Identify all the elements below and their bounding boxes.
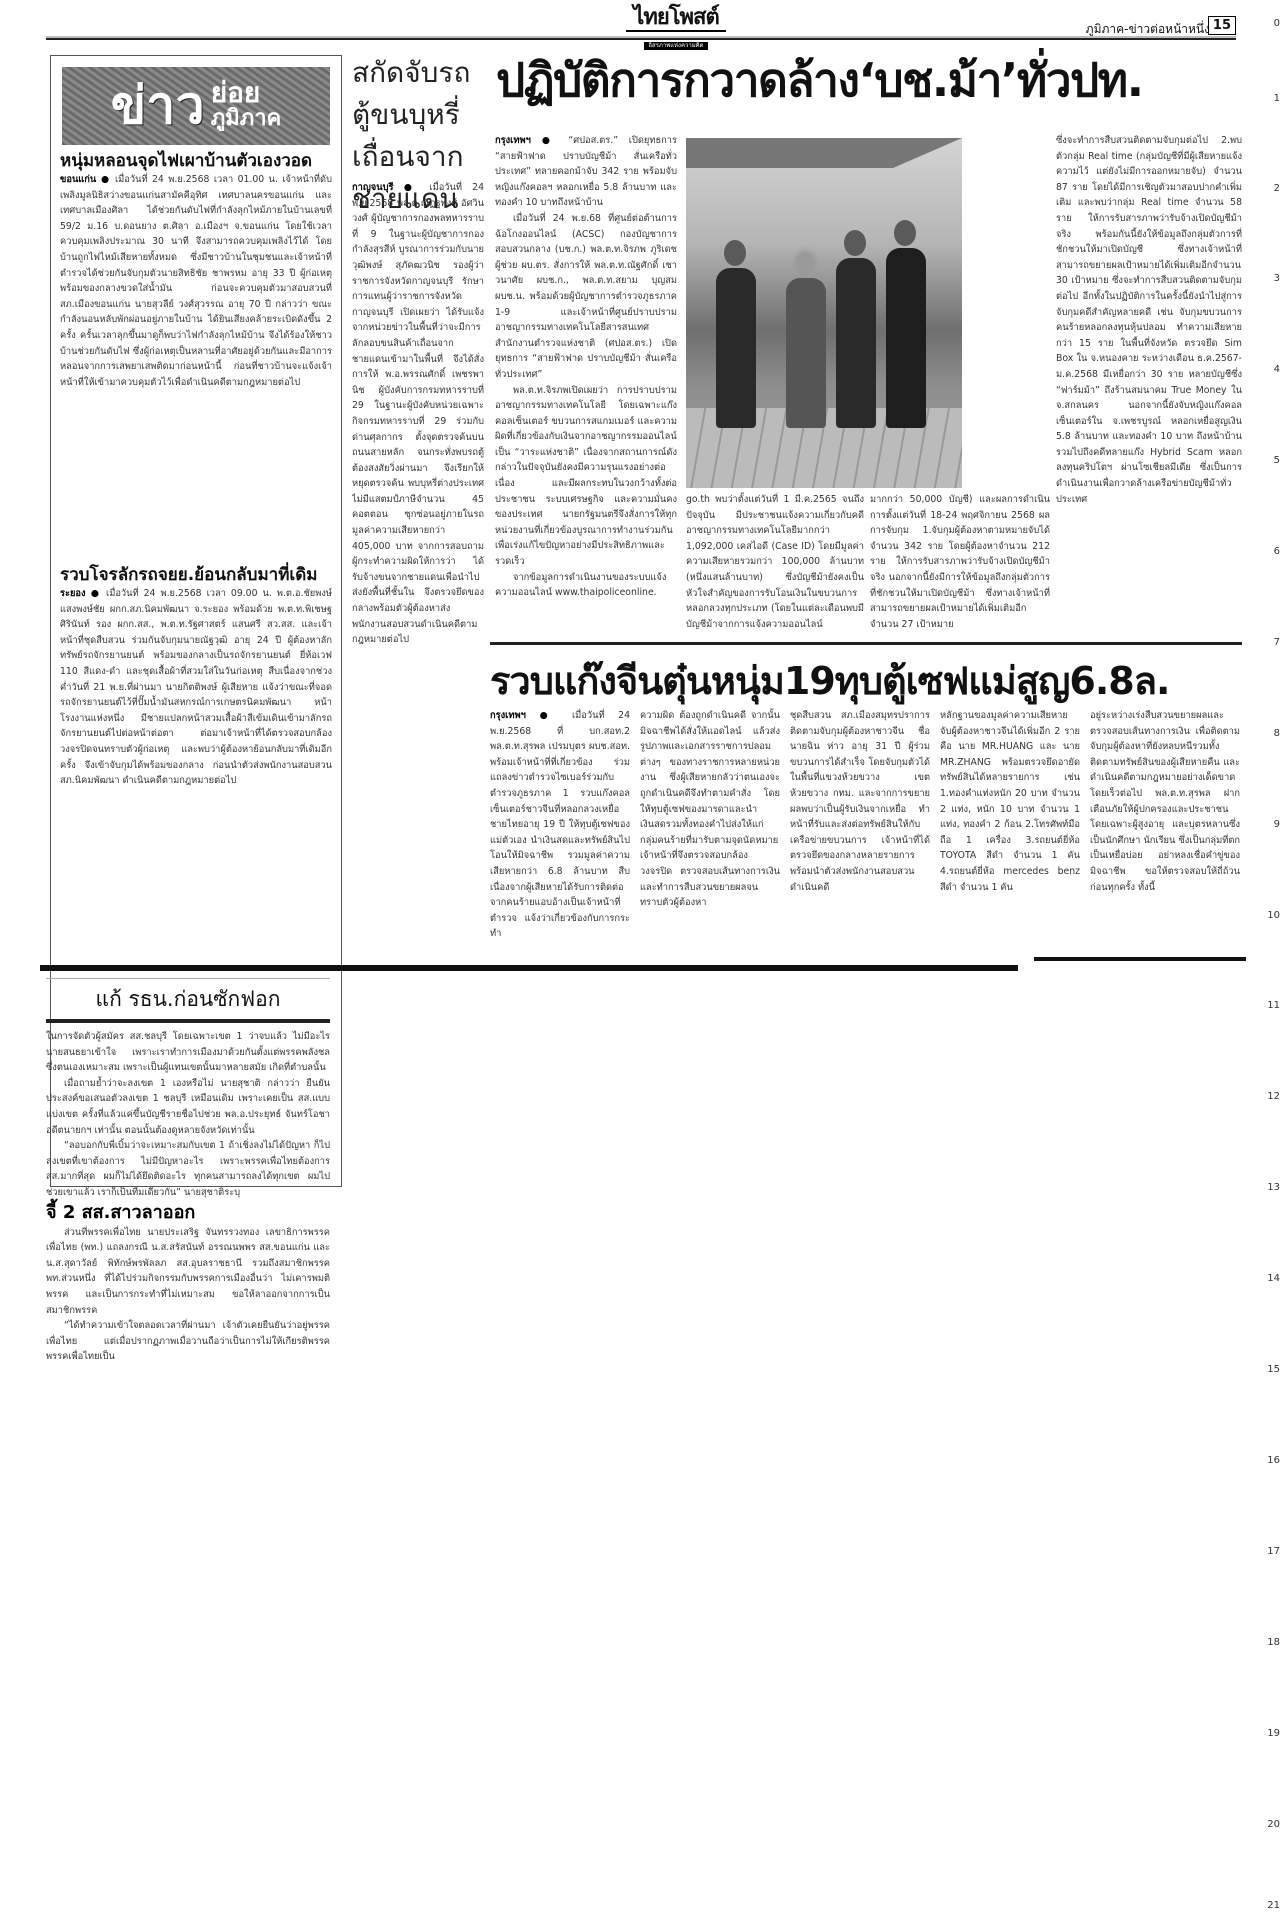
logo-tagline: อิสรภาพแห่งความคิด xyxy=(644,42,707,50)
row-number: 1 xyxy=(1274,93,1280,104)
suspect-figure xyxy=(786,278,826,428)
officer-figure xyxy=(836,258,876,428)
scam-story-col-5: อยู่ระหว่างเร่งสืบสวนขยายผลและตรวจสอบเส้… xyxy=(1090,708,1240,953)
news-briefs-banner: ข่าว ย่อย ภูมิภาค xyxy=(62,67,330,145)
row-number: 15 xyxy=(1267,1364,1280,1375)
lead-headline: ปฏิบัติการกวาดล้าง‘บช.ม้า’ทั่วปท. xyxy=(496,50,1256,110)
row-number: 13 xyxy=(1267,1182,1280,1193)
row-number: 18 xyxy=(1267,1637,1280,1648)
row-number: 3 xyxy=(1274,273,1280,284)
scam-headline: รวบแก๊งจีนตุ๋นหนุ่ม19ทุบตู้เซฟแม่สูญ6.8ล… xyxy=(490,656,1250,706)
lead-story-col-4: ซึ่งจะทำการสืบสวนติดตามจับกุมต่อไป 2.พบต… xyxy=(1056,133,1242,628)
row-number: 21 xyxy=(1267,1900,1280,1911)
scam-story-col-4: หลักฐานของมูลค่าความเสียหาย จับผู้ต้องหา… xyxy=(940,708,1080,953)
lead-story-col-3: มากกว่า 50,000 บัญชี) และผลการดำเนินการต… xyxy=(870,492,1050,632)
row-number: 5 xyxy=(1274,455,1280,466)
row-number: 19 xyxy=(1267,1728,1280,1739)
row-number: 6 xyxy=(1274,546,1280,557)
brief-headline: รวบโจรลักรถจยย.ย้อนกลับมาที่เดิม xyxy=(60,564,332,586)
masthead-rule xyxy=(46,36,1236,40)
politics-col-2 xyxy=(286,975,514,1875)
lead-story-col-2: go.th พบว่าตั้งแต่วันที่ 1 มี.ค.2565 จนถ… xyxy=(686,492,864,632)
lead-story-col-1: กรุงเทพฯ ● “ศปอส.ตร.” เปิดยุทธการ “สายฟ้… xyxy=(495,133,677,628)
officer-figure xyxy=(716,268,756,428)
row-number: 8 xyxy=(1274,728,1280,739)
row-number: 20 xyxy=(1267,1819,1280,1830)
scam-story-col-2: ความผิด ต้องถูกดำเนินคดี จากนั้นมิจฉาชีพ… xyxy=(640,708,780,953)
brief-story-fire: หนุ่มหลอนจุดไฟเผาบ้านตัวเองวอด ขอนแก่น ●… xyxy=(60,150,332,572)
row-number: 11 xyxy=(1267,1000,1280,1011)
row-number: 16 xyxy=(1267,1455,1280,1466)
row-number-scale: 0 1 2 3 4 5 6 7 8 9 10 11 12 13 14 15 16… xyxy=(1260,0,1280,1920)
scam-story-col-1: กรุงเทพฯ ● เมื่อวันที่ 24 พ.ย.2568 ที่ บ… xyxy=(490,708,630,953)
lead-photo-arrest xyxy=(686,138,962,488)
row-number: 10 xyxy=(1267,910,1280,921)
row-number: 17 xyxy=(1267,1546,1280,1557)
section-divider xyxy=(490,642,1242,645)
brief-headline: หนุ่มหลอนจุดไฟเผาบ้านตัวเองวอด xyxy=(60,150,332,172)
row-number: 2 xyxy=(1274,183,1280,194)
blurred-face xyxy=(794,250,816,276)
row-number: 7 xyxy=(1274,637,1280,648)
brief-body: เมื่อวันที่ 24 พ.ย.2568 เวลา 01.00 น. เจ… xyxy=(60,174,332,388)
kicker-story-body: กาญจนบุรี ● เมื่อวันที่ 24 พ.ย.2568 พล.ต… xyxy=(352,180,484,980)
row-number: 14 xyxy=(1267,1273,1280,1284)
officer-figure xyxy=(886,248,926,428)
lower-section-rule xyxy=(40,965,1018,971)
page-number: 15 xyxy=(1208,16,1236,35)
brief-body: เมื่อวันที่ 24 พ.ย.2568 เวลา 09.00 น. พ.… xyxy=(60,588,332,786)
dateline: ขอนแก่น ● xyxy=(60,174,111,185)
border-section-rule xyxy=(1034,957,1246,961)
roof-shape xyxy=(686,138,962,168)
newspaper-logo: ไทยโพสต์ อิสรภาพแห่งความคิด xyxy=(626,6,726,40)
dateline: ระยอง ● xyxy=(60,588,101,599)
scam-story-col-3: ชุดสืบสวน สภ.เมืองสมุทรปราการ ติดตามจับก… xyxy=(790,708,930,953)
row-number: 9 xyxy=(1274,819,1280,830)
row-number: 12 xyxy=(1267,1091,1280,1102)
row-number: 4 xyxy=(1274,364,1280,375)
row-number: 0 xyxy=(1274,18,1280,29)
